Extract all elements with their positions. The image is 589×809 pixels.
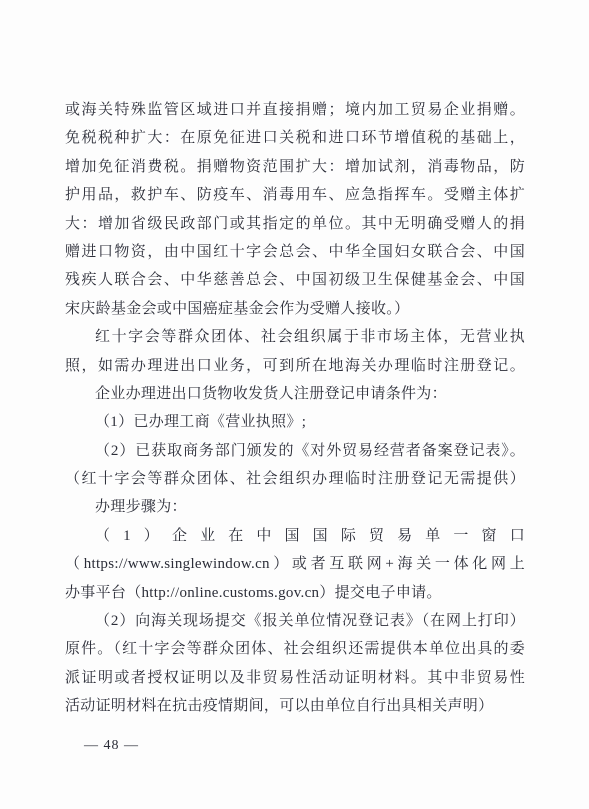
text-line: 办事平台（http://online.customs.gov.cn）提交电子申请… [65,579,525,607]
text-line: 赠进口物资，由中国红十字会总会、中华全国妇女联合会、中国 [65,238,525,266]
text-line: 企业办理进出口货物收发货人注册登记申请条件为： [65,380,525,408]
text-line: 原件。（红十字会等群众团体、社会组织还需提供本单位出具的委 [65,635,525,663]
text-line: 红十字会等群众团体、社会组织属于非市场主体，无营业执 [65,323,525,351]
page-number: — 48 — [84,736,139,756]
text-line: 办理步骤为： [65,493,525,521]
text-line: 免税税种扩大：在原免征进口关税和进口环节增值税的基础上， [65,124,525,152]
text-line: 增加免征消费税。捐赠物资范围扩大：增加试剂，消毒物品，防 [65,153,525,181]
document-page: 或海关特殊监管区域进口并直接捐赠；境内加工贸易企业捐赠。免税税种扩大：在原免征进… [0,0,589,809]
text-line: （1）企业在中国国际贸易单一窗口 [65,522,525,550]
text-line: 大：增加省级民政部门或其指定的单位。其中无明确受赠人的捐 [65,210,525,238]
text-line: 护用品，救护车、防疫车、消毒用车、应急指挥车。受赠主体扩 [65,181,525,209]
text-line: 或海关特殊监管区域进口并直接捐赠；境内加工贸易企业捐赠。 [65,96,525,124]
text-line: 照，如需办理进出口业务，可到所在地海关办理临时注册登记。 [65,352,525,380]
text-line: （2）向海关现场提交《报关单位情况登记表》（在网上打印） [65,607,525,635]
document-body: 或海关特殊监管区域进口并直接捐赠；境内加工贸易企业捐赠。免税税种扩大：在原免征进… [65,96,525,721]
text-line: 活动证明材料在抗击疫情期间，可以由单位自行出具相关声明） [65,692,525,720]
text-line: （https://www.singlewindow.cn）或者互联网+海关一体化… [65,550,525,578]
text-line: （红十字会等群众团体、社会组织办理临时注册登记无需提供） [65,465,525,493]
text-line: （1）已办理工商《营业执照》; [65,408,525,436]
text-line: 残疾人联合会、中华慈善总会、中国初级卫生保健基金会、中国 [65,266,525,294]
text-line: （2）已获取商务部门颁发的《对外贸易经营者备案登记表》。 [65,437,525,465]
text-line: 派证明或者授权证明以及非贸易性活动证明材料。其中非贸易性 [65,664,525,692]
text-line: 宋庆龄基金会或中国癌症基金会作为受赠人接收。） [65,295,525,323]
